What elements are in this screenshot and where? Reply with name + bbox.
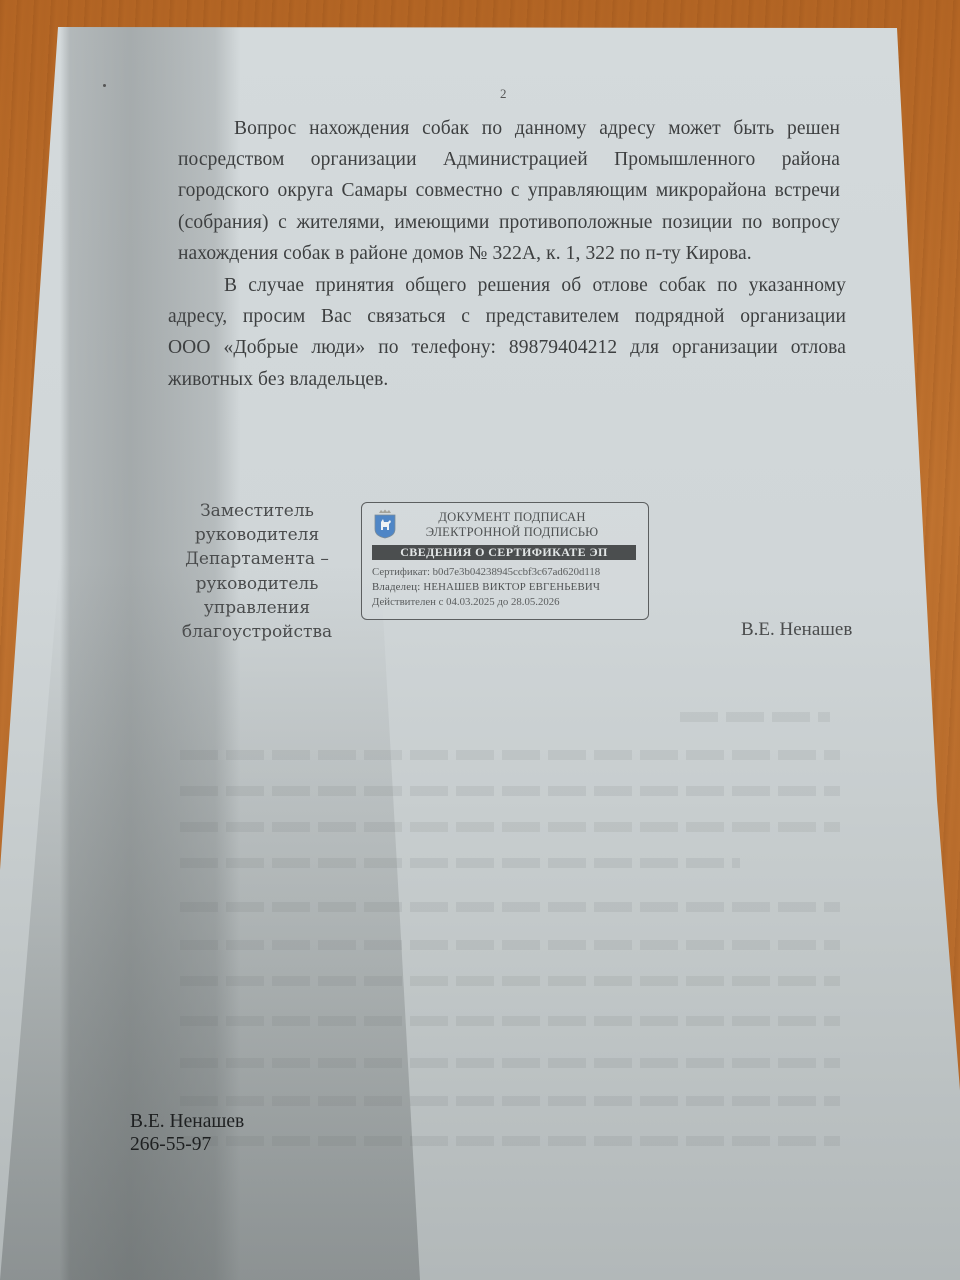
paragraph-meeting-proposal: Вопрос нахождения собак по данному адрес… <box>178 113 840 269</box>
text-line: (собрания) с жителями, имеющими противоп… <box>178 207 840 238</box>
text-line: животных без владельцев. <box>168 364 846 395</box>
stamp-header: ДОКУМЕНТ ПОДПИСАН ЭЛЕКТРОННОЙ ПОДПИСЬЮ <box>402 510 622 540</box>
executor-contact: В.Е. Ненашев 266-55-97 <box>130 1110 244 1156</box>
certificate-number: Сертификат: b0d7e3b04238945ccbf3c67ad620… <box>372 565 600 579</box>
stamp-header-line: ЭЛЕКТРОННОЙ ПОДПИСЬЮ <box>402 525 622 540</box>
title-line: управления <box>172 596 342 620</box>
text-line: ООО «Добрые люди» по телефону: 898794042… <box>168 332 846 363</box>
executor-name: В.Е. Ненашев <box>130 1110 244 1133</box>
text-line: городского округа Самары совместно с упр… <box>178 175 840 206</box>
paragraph-contact-request: В случае принятия общего решения об отло… <box>168 270 846 395</box>
title-line: руководитель <box>172 572 342 596</box>
certificate-owner: Владелец: НЕНАШЕВ ВИКТОР ЕВГЕНЬЕВИЧ <box>372 580 600 594</box>
executor-phone: 266-55-97 <box>130 1133 244 1156</box>
title-line: руководителя <box>172 523 342 547</box>
certificate-validity: Действителен с 04.03.2025 до 28.05.2026 <box>372 595 560 609</box>
title-line: Департамента – <box>172 547 342 571</box>
electronic-signature-stamp: ДОКУМЕНТ ПОДПИСАН ЭЛЕКТРОННОЙ ПОДПИСЬЮ С… <box>361 502 649 620</box>
paper-speck <box>103 84 106 87</box>
title-line: благоустройства <box>172 620 342 644</box>
signer-position-title: Заместитель руководителя Департамента – … <box>172 499 342 644</box>
text-line: посредством организации Администрацией П… <box>178 144 840 175</box>
text-line: В случае принятия общего решения об отло… <box>168 270 846 301</box>
title-line: Заместитель <box>172 499 342 523</box>
page-number: 2 <box>500 86 507 102</box>
samara-coat-of-arms-icon <box>373 509 397 539</box>
certificate-info-bar: СВЕДЕНИЯ О СЕРТИФИКАТЕ ЭП <box>372 545 636 560</box>
signer-name: В.Е. Ненашев <box>741 619 852 641</box>
text-line: адресу, просим Вас связаться с представи… <box>168 301 846 332</box>
stamp-header-line: ДОКУМЕНТ ПОДПИСАН <box>402 510 622 525</box>
text-line: нахождения собак в районе домов № 322А, … <box>178 238 840 269</box>
text-line: Вопрос нахождения собак по данному адрес… <box>178 113 840 144</box>
